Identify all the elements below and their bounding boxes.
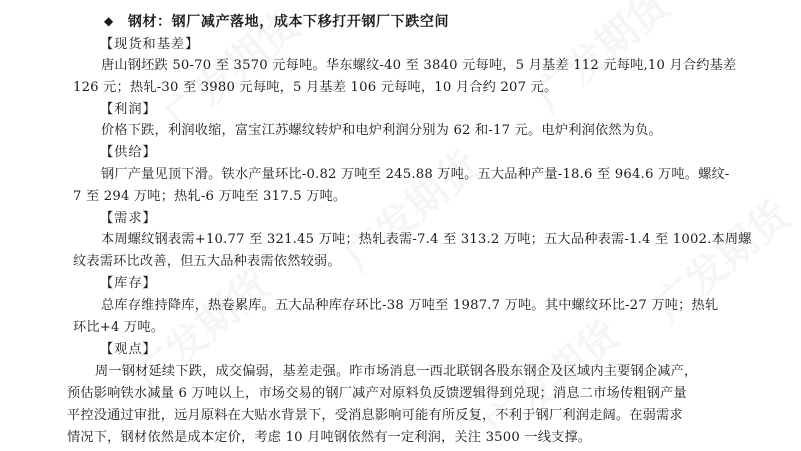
watermark: 广发期货 bbox=[330, 135, 489, 282]
paragraph-line: 平控没通过审批，远月原料在大贴水背景下，受消息影响可能有所反复，不利于钢厂利润走… bbox=[67, 405, 683, 427]
paragraph-line: 价格下跌，利润收缩，富宝江苏螺纹转炉和电炉利润分别为 62 和-17 元。电炉利… bbox=[101, 120, 662, 142]
label-view: 【观点】 bbox=[100, 339, 157, 361]
paragraph-line: 纹表需环比改善，但五大品种表需依然较弱。 bbox=[73, 251, 341, 273]
paragraph-line: 钢厂产量见顶下滑。铁水产量环比-0.82 万吨至 245.88 万吨。五大品种产… bbox=[101, 164, 730, 186]
paragraph-line: 周一钢材延续下跌，成交偏弱，基差走强。昨市场消息一西北联钢各股东钢企及区域内主要… bbox=[95, 361, 697, 383]
label-inventory: 【库存】 bbox=[100, 273, 157, 295]
paragraph-line: 预估影响铁水减量 6 万吨以上，市场交易的钢厂减产对原料负反馈逻辑得到兑现；消息… bbox=[67, 383, 687, 405]
label-demand: 【需求】 bbox=[100, 208, 157, 230]
section-heading: ◆钢材：钢厂减产落地，成本下移打开钢厂下跌空间 bbox=[104, 10, 449, 33]
diamond-bullet-icon: ◆ bbox=[104, 10, 114, 32]
paragraph-line: 本周螺纹钢表需+10.77 至 321.45 万吨；热轧表需-7.4 至 313… bbox=[101, 229, 752, 251]
paragraph-line: 唐山钢坯跌 50-70 至 3570 元每吨。华东螺纹-40 至 3840 元每… bbox=[101, 55, 736, 77]
label-profit: 【利润】 bbox=[100, 99, 157, 121]
paragraph-line: 126 元；热轧-30 至 3980 元每吨，5 月基差 106 元每吨，10 … bbox=[73, 77, 557, 99]
label-spot-basis: 【现货和基差】 bbox=[100, 34, 199, 56]
section-title: 钢材：钢厂减产落地，成本下移打开钢厂下跌空间 bbox=[128, 14, 449, 30]
paragraph-line: 7 至 294 万吨；热轧-6 万吨至 317.5 万吨。 bbox=[73, 186, 346, 208]
paragraph-line: 情况下，钢材依然是成本定价，考虑 10 月吨钢依然有一定利润，关注 3500 一… bbox=[67, 427, 591, 449]
document-page: 广发期货 广发期货 广发期货 广发期货 广发期货 广发期货 ◆钢材：钢厂减产落地… bbox=[0, 0, 801, 451]
paragraph-line: 环比+4 万吨。 bbox=[73, 317, 164, 339]
label-supply: 【供给】 bbox=[100, 142, 157, 164]
paragraph-line: 总库存维持降库，热卷累库。五大品种库存环比-38 万吨至 1987.7 万吨。其… bbox=[101, 295, 718, 317]
